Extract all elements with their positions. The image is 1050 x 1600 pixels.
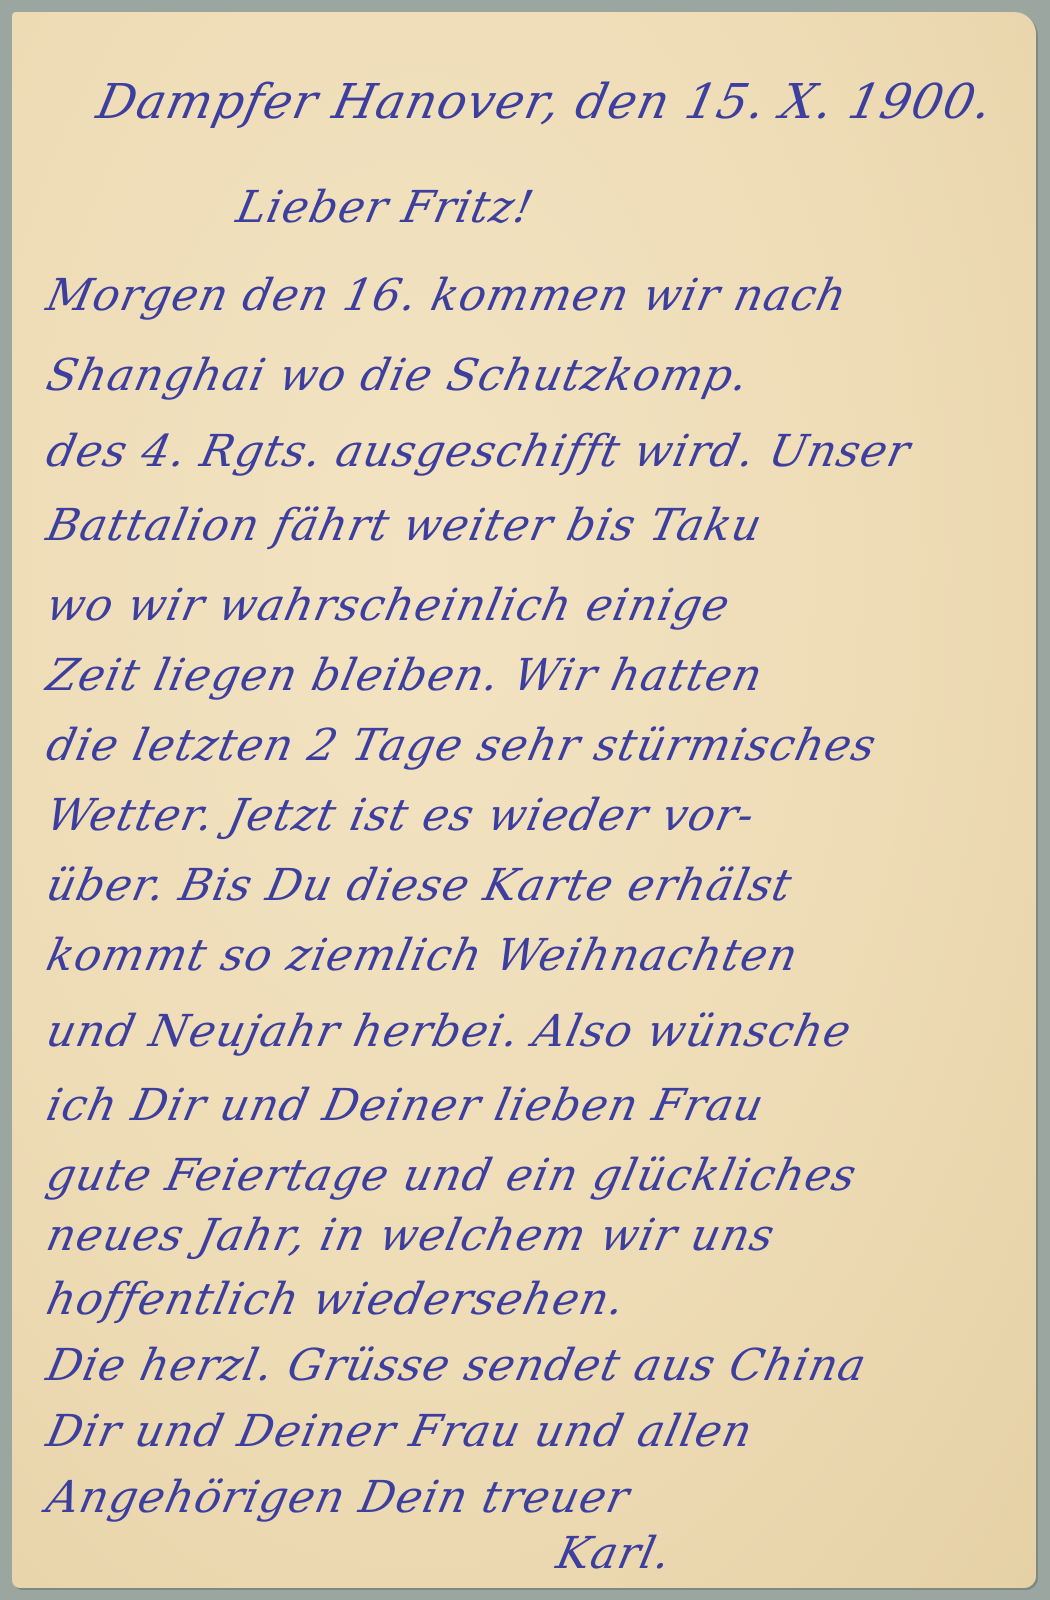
body-line: wo wir wahrscheinlich einige <box>42 580 735 631</box>
salutation: Lieber Fritz! <box>232 182 539 233</box>
body-line: neues Jahr, in welchem wir uns <box>42 1210 779 1261</box>
body-line: Wetter. Jetzt ist es wieder vor- <box>42 790 759 841</box>
body-line: gute Feiertage und ein glückliches <box>42 1150 861 1201</box>
body-line: kommt so ziemlich Weihnachten <box>42 930 803 981</box>
body-line: Angehörigen Dein treuer <box>42 1472 635 1523</box>
body-line: Morgen den 16. kommen wir nach <box>42 270 852 321</box>
body-line: hoffentlich wiedersehen. <box>42 1274 630 1325</box>
body-line: Zeit liegen bleiben. Wir hatten <box>42 650 768 701</box>
body-line: Die herzl. Grüsse sendet aus China <box>42 1340 871 1391</box>
heading-date-line: Dampfer Hanover, den 15. X. 1900. <box>92 74 998 130</box>
body-line: ich Dir und Deiner lieben Frau <box>42 1080 769 1131</box>
body-line: Dir und Deiner Frau und allen <box>42 1406 758 1457</box>
body-line: über. Bis Du diese Karte erhälst <box>42 860 797 911</box>
body-line: des 4. Rgts. ausgeschifft wird. Unser <box>42 426 915 477</box>
body-line: Battalion fährt weiter bis Taku <box>42 500 767 551</box>
postcard: Dampfer Hanover, den 15. X. 1900. Lieber… <box>12 12 1036 1588</box>
body-line: und Neujahr herbei. Also wünsche <box>42 1006 856 1057</box>
signature: Karl. <box>552 1528 676 1579</box>
body-line: die letzten 2 Tage sehr stürmisches <box>42 720 881 771</box>
body-line: Shanghai wo die Schutzkomp. <box>42 350 753 401</box>
